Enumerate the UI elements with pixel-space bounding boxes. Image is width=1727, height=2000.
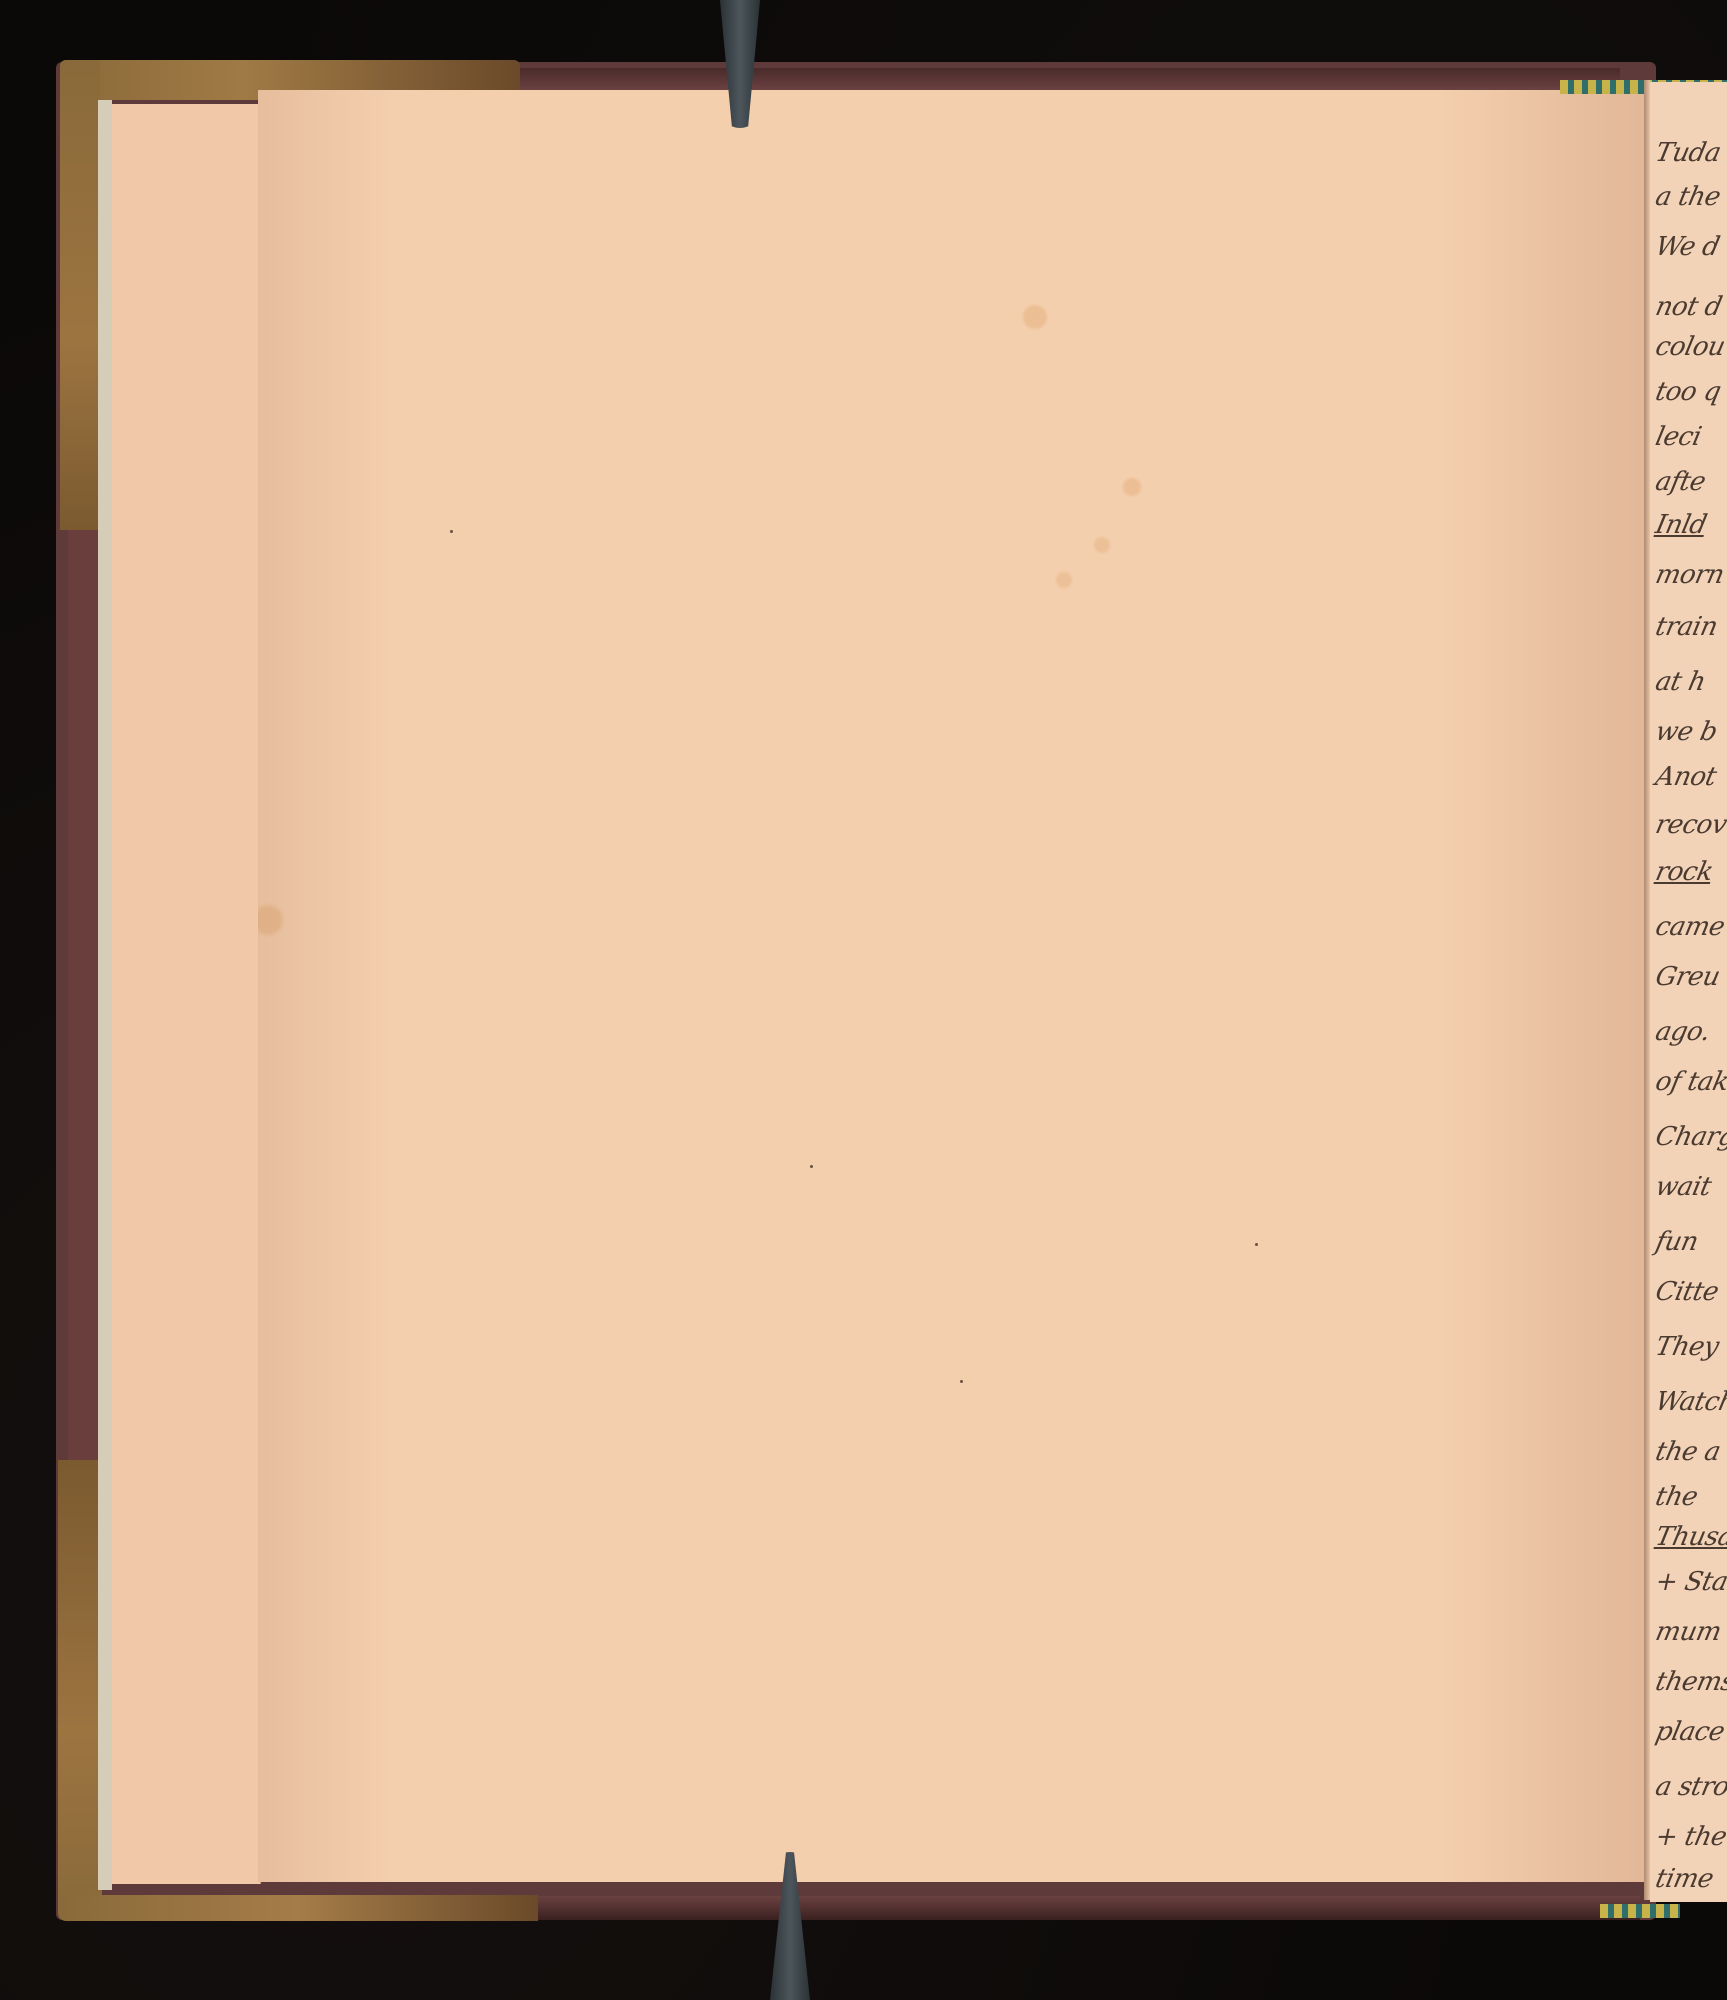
handwriting-line: colou <box>1653 332 1727 362</box>
handwriting-line: afte <box>1653 467 1708 497</box>
handwriting-line: + Stat <box>1653 1567 1727 1597</box>
handwriting-line: too q <box>1653 377 1724 407</box>
handwriting-line: Thusa <box>1653 1522 1727 1552</box>
handwriting-line: themse <box>1653 1667 1727 1697</box>
paper-speck <box>810 1165 813 1168</box>
book-gutter <box>1644 80 1650 1900</box>
handwriting-line: Greu <box>1653 962 1723 992</box>
handwriting-line: Charg <box>1653 1122 1727 1152</box>
paper-speck <box>960 1380 963 1383</box>
endpaper-strip <box>98 100 112 1890</box>
handwriting-line: time <box>1653 1864 1716 1894</box>
headband-bottom <box>1600 1904 1680 1918</box>
handwriting-line: Citte <box>1653 1277 1721 1307</box>
handwriting-line: the <box>1653 1482 1700 1512</box>
handwriting-line: leci <box>1653 422 1704 452</box>
leather-corner-bottom-left <box>58 1460 102 1910</box>
handwriting-line: Anot <box>1653 762 1719 792</box>
handwriting-line: + the <box>1653 1822 1727 1852</box>
leather-corner-bottom <box>58 1895 538 1921</box>
handwriting-line: a the <box>1653 182 1723 212</box>
handwriting-line: came <box>1653 912 1727 942</box>
handwriting-line: morn <box>1653 560 1727 590</box>
handwriting-line: wait <box>1653 1172 1714 1202</box>
handwriting-line: Watch <box>1653 1387 1727 1417</box>
handwriting-line: They <box>1653 1332 1722 1362</box>
blank-left-page <box>258 90 1645 1882</box>
handwriting-line: a stro <box>1653 1772 1727 1802</box>
paper-speck <box>1255 1243 1258 1246</box>
handwriting-line: not d <box>1653 292 1725 322</box>
handwriting-line: train <box>1653 612 1720 642</box>
handwriting-line: of tak <box>1653 1067 1727 1097</box>
leather-corner-top-left <box>60 60 100 530</box>
handwriting-line: at h <box>1653 667 1708 697</box>
handwriting-line: place <box>1653 1717 1727 1747</box>
handwriting-line: Inld <box>1653 510 1709 540</box>
handwriting-line: fun <box>1653 1227 1701 1257</box>
cloth-cover-strip <box>68 530 98 1460</box>
paper-speck <box>450 530 453 533</box>
handwriting-line: the a <box>1653 1437 1723 1467</box>
handwriting-line: recov <box>1653 810 1727 840</box>
handwriting-line: we b <box>1653 717 1720 747</box>
handwriting-line: ago. <box>1653 1017 1713 1047</box>
right-page-handwritten: Tuda a the We d not d colou too q leci a… <box>1650 82 1727 1902</box>
page-edge <box>234 104 261 1884</box>
handwriting-line: Tuda <box>1653 138 1724 168</box>
handwriting-line: rock <box>1653 857 1716 887</box>
handwriting-line: We d <box>1653 232 1722 262</box>
handwriting-line: mum <box>1653 1617 1724 1647</box>
cover-top-edge <box>500 68 1620 90</box>
